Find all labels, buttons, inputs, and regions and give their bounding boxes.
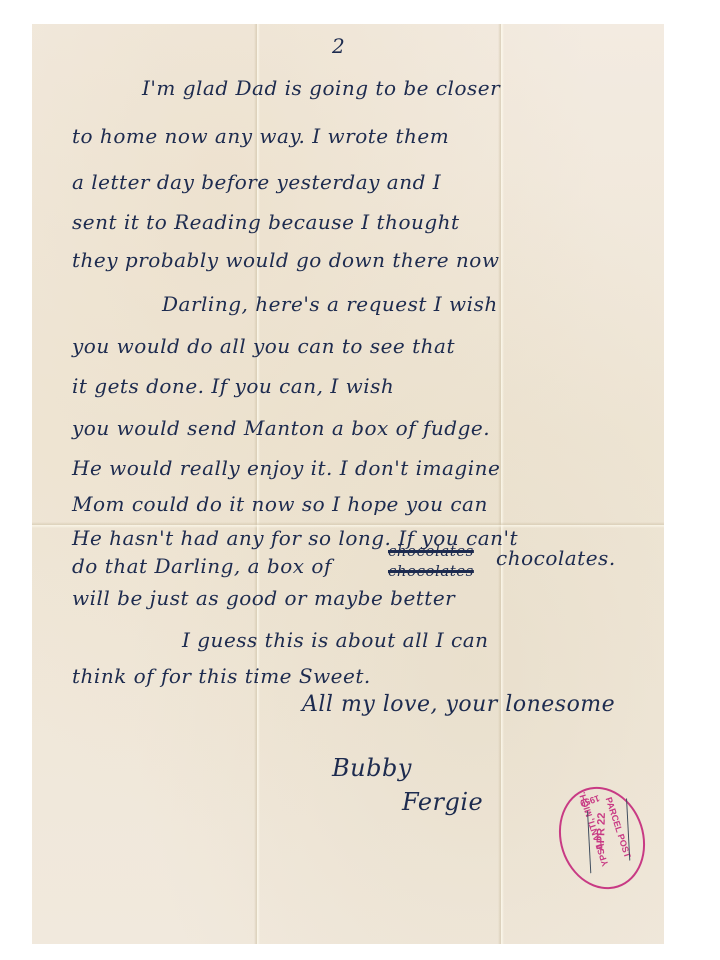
letter-line: think of for this time Sweet. (72, 664, 371, 688)
page-number: 2 (332, 34, 345, 58)
letter-line: they probably would go down there now (72, 248, 499, 272)
struck-word: chocolates (388, 562, 474, 580)
postmark-stamp: 1950 YPSILANTI, MICH. PARCEL POST APR 22 (546, 776, 658, 901)
letter-line: I guess this is about all I can (182, 628, 489, 652)
letter-line: you would send Manton a box of fudge. (72, 416, 490, 440)
closing: All my love, your lonesome (302, 692, 615, 717)
letter-line: it gets done. If you can, I wish (72, 374, 394, 398)
letter-line: will be just as good or maybe better (72, 586, 455, 610)
letter-line: He would really enjoy it. I don't imagin… (72, 456, 500, 480)
struck-word: chocolates (388, 542, 474, 560)
letter-line: I'm glad Dad is going to be closer (142, 76, 500, 100)
letter-line: sent it to Reading because I thought (72, 210, 460, 234)
signature-line: Bubby (332, 754, 412, 782)
pen-mark-icon (587, 798, 630, 873)
fold-crease-vertical (254, 24, 260, 944)
letter-line: to home now any way. I wrote them (72, 124, 449, 148)
signature-line: Fergie (402, 788, 483, 816)
letter-page: 2 I'm glad Dad is going to be closer to … (32, 24, 664, 944)
letter-line: Darling, here's a request I wish (162, 292, 498, 316)
letter-line: a letter day before yesterday and I (72, 170, 441, 194)
letter-line: chocolates. (496, 546, 616, 570)
letter-line: do that Darling, a box of (72, 554, 332, 578)
fold-crease-vertical (498, 24, 504, 944)
letter-line: you would do all you can to see that (72, 334, 455, 358)
letter-line: Mom could do it now so I hope you can (72, 492, 488, 516)
